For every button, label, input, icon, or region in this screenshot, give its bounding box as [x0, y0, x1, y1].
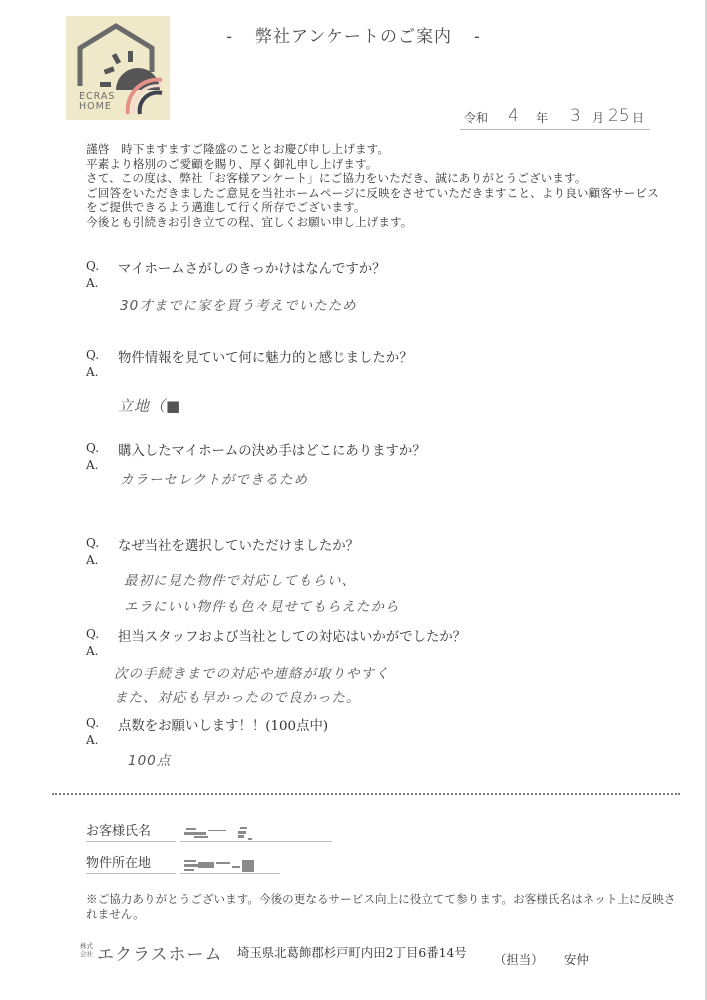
- title-dash-right: -: [474, 27, 481, 47]
- answer-label: A.: [86, 733, 646, 749]
- greeting-line: さて、この度は、弊社「お客様アンケート」にご協力をいただき、誠にありがとうござい…: [86, 171, 666, 186]
- handwritten-answer: エラにいい物件も色々見せてもらえたから: [124, 595, 400, 615]
- handwritten-answer: また、対応も早かったので良かった。: [114, 686, 361, 706]
- name-underline: [180, 841, 332, 842]
- question-text: 購入したマイホームの決め手はどこにありますか？: [118, 440, 426, 458]
- question-label: Q.: [86, 715, 118, 733]
- question: Q.購入したマイホームの決め手はどこにありますか？: [86, 440, 646, 458]
- qa-item-staff-response: Q.担当スタッフおよび当社としての対応はいかがでしたか？ A. 次の手続きまでの…: [86, 626, 646, 706]
- question: Q.なぜ当社を選択していただけましたか？: [86, 535, 646, 553]
- question-text: 点数をお願いします！！(100点中): [118, 715, 328, 733]
- address-underline: [180, 873, 280, 874]
- qa-item-deciding-factor: Q.購入したマイホームの決め手はどこにありますか？ A. カラーセレクトができる…: [86, 440, 646, 500]
- redacted-address: [184, 858, 274, 872]
- page-title: -弊社アンケートのご案内-: [0, 22, 707, 47]
- qa-item-trigger: Q.マイホームさがしのきっかけはなんですか？ A. 30才までに家を買う考えでい…: [86, 258, 646, 318]
- question-label: Q.: [86, 535, 118, 553]
- customer-name-field: お客様氏名: [86, 820, 326, 842]
- qa-item-attraction: Q.物件情報を見ていて何に魅力的と感じましたか？ A. 立地（■: [86, 347, 646, 417]
- date-month-unit: 月: [592, 109, 604, 126]
- greeting-line: 今後とも引続きお引き立ての程、宜しくお願い申し上げます。: [86, 215, 666, 230]
- handwritten-answer: カラーセレクトができるため: [120, 468, 308, 488]
- handwritten-answer: 100点: [128, 749, 171, 769]
- question-label: Q.: [86, 347, 118, 365]
- question-label: Q.: [86, 440, 118, 458]
- handwritten-answer: 立地（■: [118, 395, 181, 416]
- date-month: 3: [570, 106, 581, 126]
- property-address-label: 物件所在地: [86, 852, 151, 871]
- date-day-unit: 日: [632, 109, 644, 126]
- handwritten-answer: 最初に見た物件で対応してもらい、: [124, 569, 356, 589]
- title-text: 弊社アンケートのご案内: [255, 27, 452, 47]
- staff-name: 安仲: [564, 950, 589, 968]
- answer-label: A.: [86, 365, 646, 381]
- question: Q.担当スタッフおよび当社としての対応はいかがでしたか？: [86, 626, 646, 644]
- greeting-paragraph: 謹啓 時下ますますご隆盛のこととお慶び申し上げます。 平素より格別のご愛顧を賜り…: [86, 142, 666, 230]
- property-address-field: 物件所在地: [86, 852, 326, 874]
- staff-label: （担当）: [494, 950, 544, 968]
- company-name: エクラスホーム: [97, 940, 223, 965]
- question: Q.物件情報を見ていて何に魅力的と感じましたか？: [86, 347, 646, 365]
- answer-label: A.: [86, 644, 646, 660]
- question-text: 物件情報を見ていて何に魅力的と感じましたか？: [118, 347, 413, 365]
- greeting-line: ご回答をいただきましたご意見を当社ホームページに反映をさせていただきますこと、よ…: [86, 186, 666, 201]
- question-label: Q.: [86, 626, 118, 644]
- prefix-line: 会社: [80, 950, 94, 958]
- date-era: 令和: [464, 109, 488, 126]
- greeting-line: をご提供できるよう邁進して行く所存でございます。: [86, 200, 666, 215]
- logo-text-home: HOME: [79, 102, 115, 112]
- greeting-line: 平素より格別のご愛顧を賜り、厚く御礼申し上げます。: [86, 157, 666, 172]
- company-type-prefix: 株式 会社: [80, 942, 94, 958]
- question-text: なぜ当社を選択していただけましたか？: [118, 535, 359, 553]
- qa-item-why-company: Q.なぜ当社を選択していただけましたか？ A. 最初に見た物件で対応してもらい、…: [86, 535, 646, 615]
- question-label: Q.: [86, 258, 118, 276]
- logo-wordmark: ECRAS HOME: [79, 92, 115, 112]
- question: Q.点数をお願いします！！(100点中): [86, 715, 646, 733]
- qa-item-score: Q.点数をお願いします！！(100点中) A. 100点: [86, 715, 646, 771]
- company-footer: 株式 会社 エクラスホーム 埼玉県北葛飾郡杉戸町内田2丁目6番14号 （担当） …: [80, 940, 640, 970]
- handwritten-answer: 次の手続きまでの対応や連絡が取りやすく: [114, 662, 390, 682]
- answer-label: A.: [86, 553, 646, 569]
- survey-date: 令和 4 年 3 月 25 日: [460, 106, 650, 130]
- date-year-unit: 年: [536, 109, 548, 126]
- handwritten-answer: 30才までに家を買う考えでいたため: [120, 294, 357, 314]
- greeting-line: 謹啓 時下ますますご隆盛のこととお慶び申し上げます。: [86, 142, 666, 157]
- question: Q.マイホームさがしのきっかけはなんですか？: [86, 258, 646, 276]
- question-text: マイホームさがしのきっかけはなんですか？: [118, 258, 386, 276]
- date-day: 25: [608, 106, 630, 126]
- question-text: 担当スタッフおよび当社としての対応はいかがでしたか？: [118, 626, 466, 644]
- date-year: 4: [508, 106, 519, 126]
- redacted-name: [184, 826, 259, 840]
- privacy-note: ※ご協力ありがとうございます。今後の更なるサービス向上に役立てて参ります。お客様…: [86, 892, 686, 922]
- label-underline: [86, 873, 176, 874]
- prefix-line: 株式: [80, 942, 94, 950]
- label-underline: [86, 841, 176, 842]
- company-address: 埼玉県北葛飾郡杉戸町内田2丁目6番14号: [237, 943, 467, 961]
- answer-label: A.: [86, 276, 646, 292]
- title-dash-left: -: [226, 27, 233, 47]
- dotted-divider: [52, 793, 680, 795]
- customer-name-label: お客様氏名: [86, 820, 151, 839]
